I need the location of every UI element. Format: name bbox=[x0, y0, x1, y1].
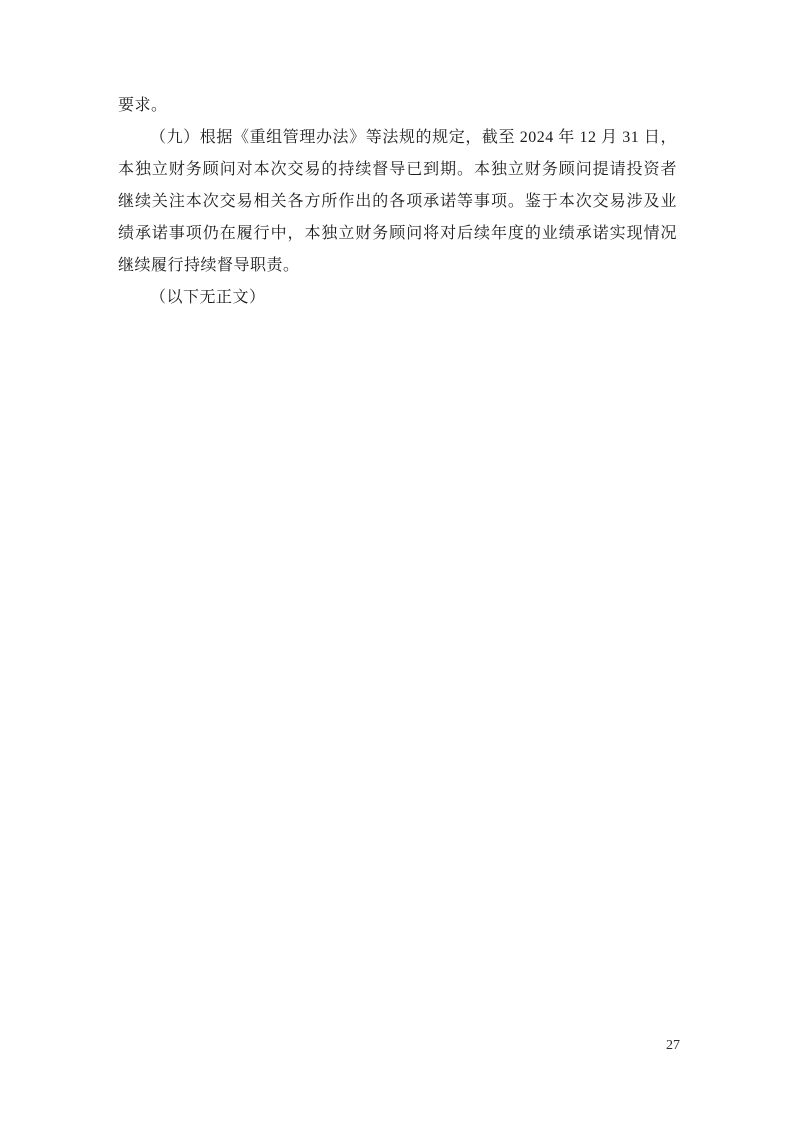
paragraph-end-note: （以下无正文） bbox=[118, 282, 677, 314]
page-number: 27 bbox=[656, 1036, 680, 1056]
paragraph-continuation: 要求。 bbox=[118, 90, 677, 122]
document-page: 要求。 （九）根据《重组管理办法》等法规的规定，截至 2024 年 12 月 3… bbox=[0, 0, 794, 1122]
paragraph-main: （九）根据《重组管理办法》等法规的规定，截至 2024 年 12 月 31 日，… bbox=[118, 122, 677, 282]
document-body: 要求。 （九）根据《重组管理办法》等法规的规定，截至 2024 年 12 月 3… bbox=[118, 90, 677, 314]
